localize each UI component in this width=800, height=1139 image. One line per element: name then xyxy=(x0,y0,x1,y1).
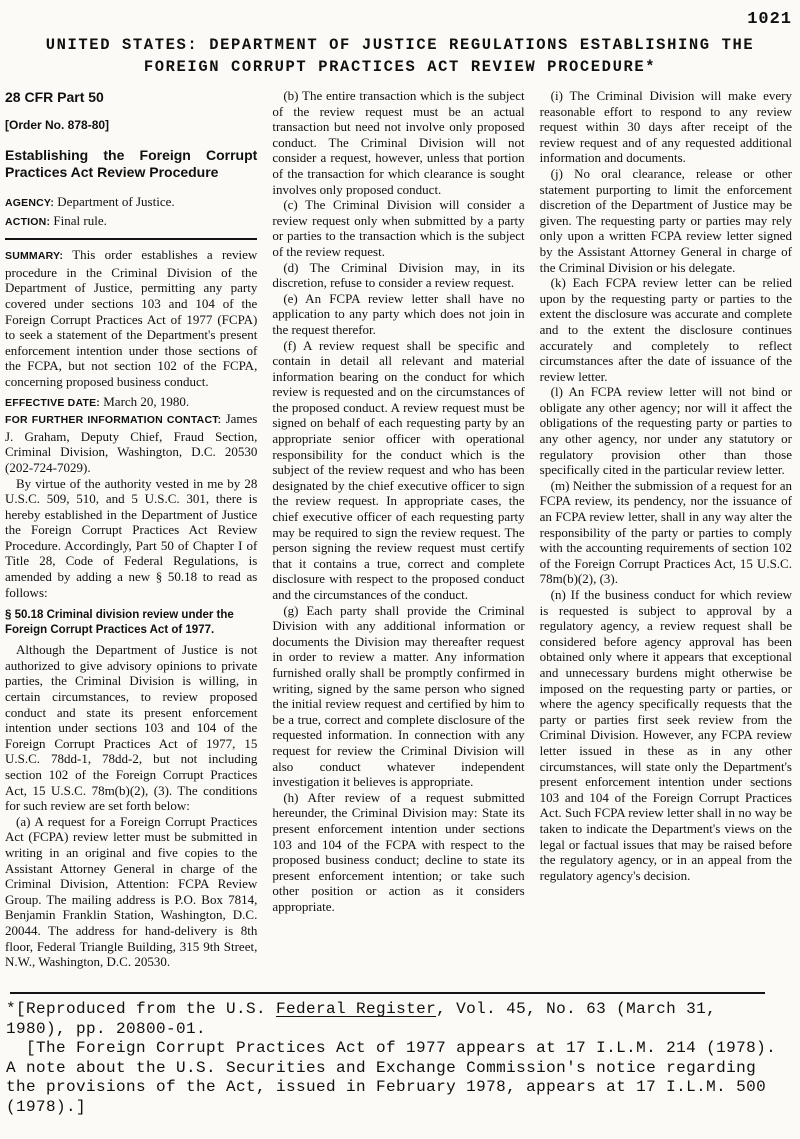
footnote-block: *[Reproduced from the U.S. Federal Regis… xyxy=(0,998,800,1117)
page-number: 1021 xyxy=(747,10,792,29)
para-a: (a) A request for a Foreign Corrupt Prac… xyxy=(5,814,257,970)
section-50-18-heading: § 50.18 Criminal division review under t… xyxy=(5,608,257,637)
agency-value: Department of Justice. xyxy=(57,194,174,209)
scanned-document-page: 1021 UNITED STATES: DEPARTMENT OF JUSTIC… xyxy=(0,0,800,1139)
action-value: Final rule. xyxy=(53,213,106,228)
para-h: (h) After review of a request submitted … xyxy=(272,790,524,915)
contact-para: FOR FURTHER INFORMATION CONTACT: James J… xyxy=(5,411,257,475)
agency-line: AGENCY: Department of Justice. xyxy=(5,193,257,212)
section-divider xyxy=(5,238,257,240)
summary-para: SUMMARY: This order establishes a review… xyxy=(5,247,257,389)
right-column: (i) The Criminal Division will make ever… xyxy=(540,88,792,883)
effective-date-para: EFFECTIVE DATE: March 20, 1980. xyxy=(5,394,257,412)
para-c: (c) The Criminal Division will consider … xyxy=(272,197,524,259)
footnote-divider xyxy=(10,992,765,994)
page-title: UNITED STATES: DEPARTMENT OF JUSTICE REG… xyxy=(0,0,800,78)
summary-label: SUMMARY: xyxy=(5,250,63,262)
para-m: (m) Neither the submission of a request … xyxy=(540,478,792,587)
para-f: (f) A review request shall be specific a… xyxy=(272,338,524,603)
footnote-ilm-note: [The Foreign Corrupt Practices Act of 19… xyxy=(6,1039,782,1117)
middle-column: (b) The entire transaction which is the … xyxy=(272,88,524,914)
action-label: ACTION: xyxy=(5,216,50,228)
footnote-source: *[Reproduced from the U.S. Federal Regis… xyxy=(6,1000,782,1039)
footnote-source-prefix: *[Reproduced from the U.S. xyxy=(6,1000,276,1018)
para-d: (d) The Criminal Division may, in its di… xyxy=(272,260,524,291)
summary-value: This order establishes a review procedur… xyxy=(5,247,257,389)
left-column: 28 CFR Part 50 [Order No. 878-80] Establ… xyxy=(5,88,257,970)
para-e: (e) An FCPA review letter shall have no … xyxy=(272,291,524,338)
three-column-body: 28 CFR Part 50 [Order No. 878-80] Establ… xyxy=(0,78,800,986)
agency-label: AGENCY: xyxy=(5,197,54,209)
effective-date-value: March 20, 1980. xyxy=(103,394,189,409)
para-l: (l) An FCPA review letter will not bind … xyxy=(540,384,792,478)
federal-register-underlined: Federal Register xyxy=(276,1000,436,1018)
para-b: (b) The entire transaction which is the … xyxy=(272,88,524,197)
para-g: (g) Each party shall provide the Crimina… xyxy=(272,603,524,790)
contact-label: FOR FURTHER INFORMATION CONTACT: xyxy=(5,414,221,426)
authority-para: By virtue of the authority vested in me … xyxy=(5,476,257,601)
rule-title: Establishing the Foreign Corrupt Practic… xyxy=(5,147,257,181)
order-number: [Order No. 878-80] xyxy=(5,118,257,134)
para-j: (j) No oral clearance, release or other … xyxy=(540,166,792,275)
para-i: (i) The Criminal Division will make ever… xyxy=(540,88,792,166)
title-line-2: FOREIGN CORRUPT PRACTICES ACT REVIEW PRO… xyxy=(0,56,800,78)
para-k: (k) Each FCPA review letter can be relie… xyxy=(540,275,792,384)
para-n: (n) If the business conduct for which re… xyxy=(540,587,792,883)
effective-date-label: EFFECTIVE DATE: xyxy=(5,397,100,409)
para-intro: Although the Department of Justice is no… xyxy=(5,642,257,814)
cfr-part-heading: 28 CFR Part 50 xyxy=(5,90,257,106)
title-line-1: UNITED STATES: DEPARTMENT OF JUSTICE REG… xyxy=(0,34,800,56)
action-line: ACTION: Final rule. xyxy=(5,212,257,231)
